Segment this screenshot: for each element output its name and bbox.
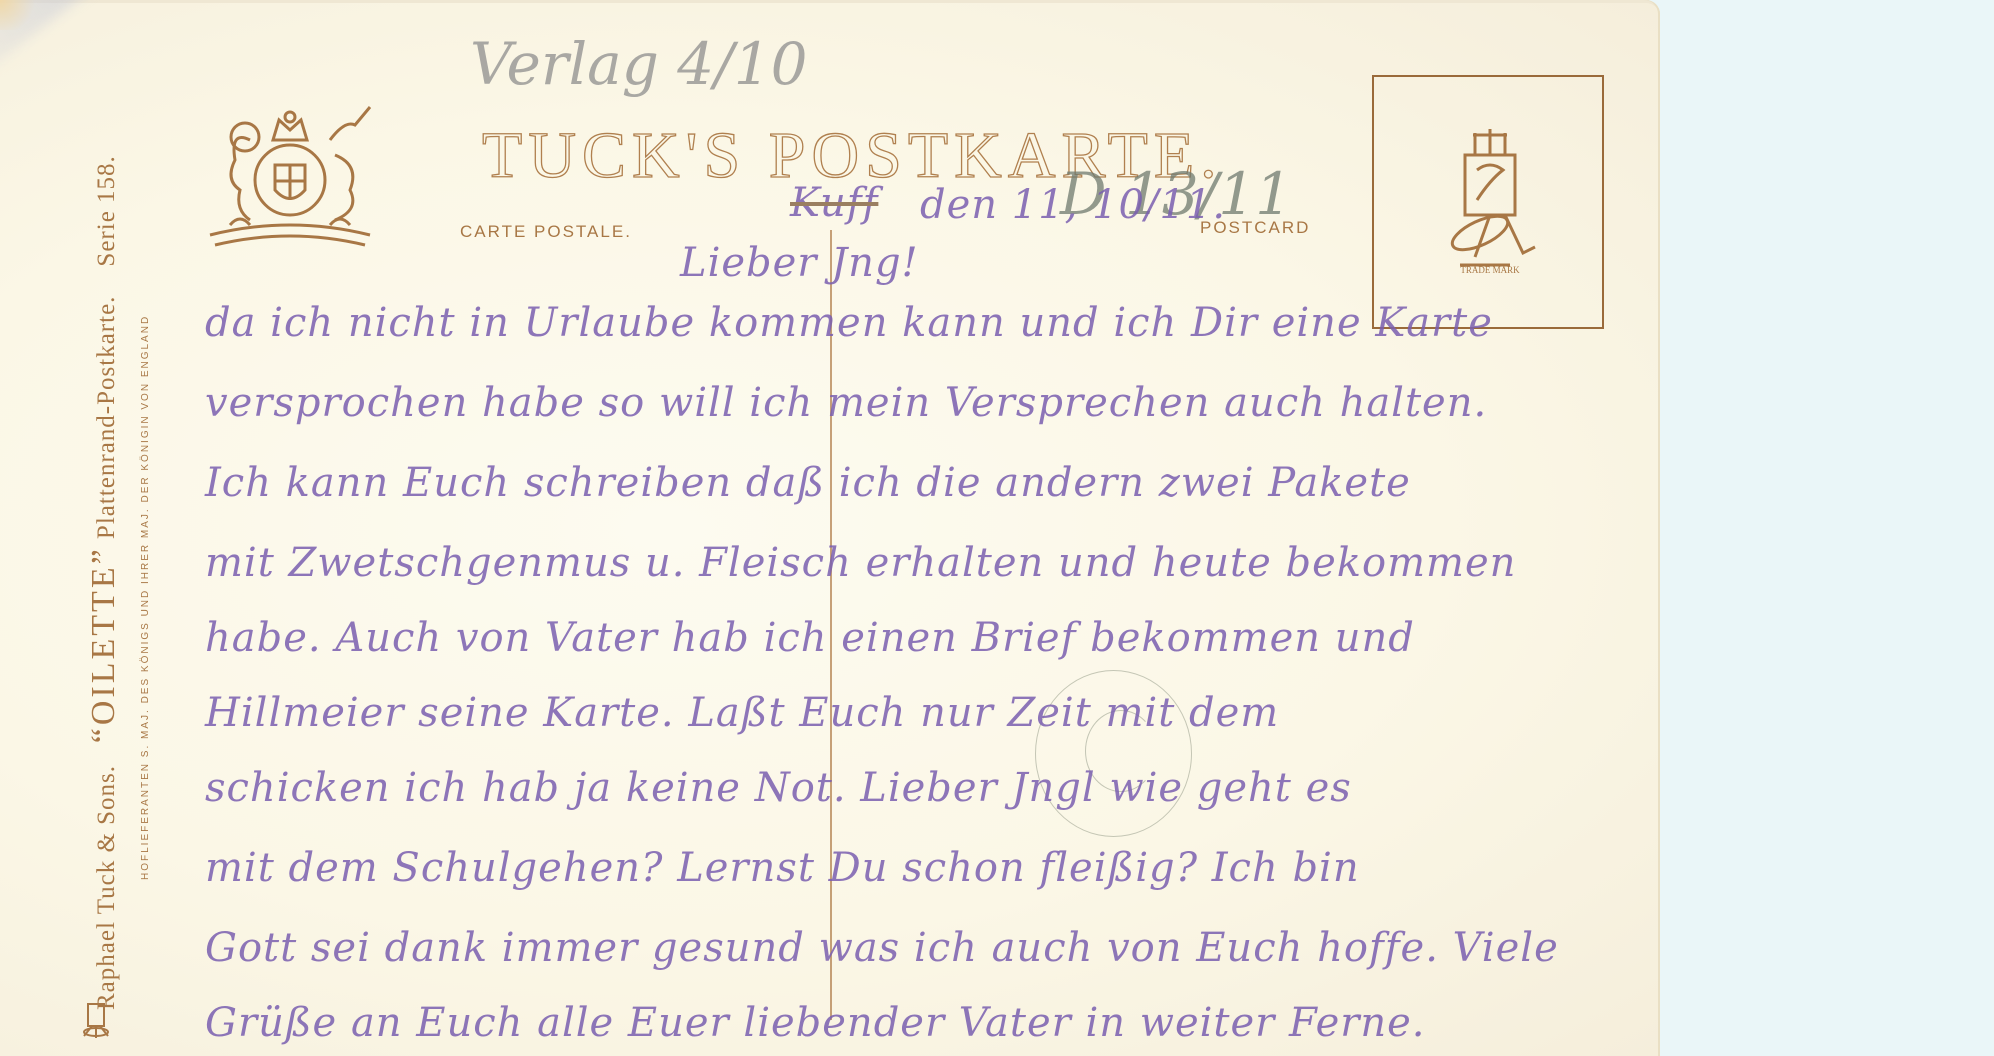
letter-line: mit Zwetschgenmus u. Fleisch erhalten un…: [205, 540, 1516, 586]
side-imprint: Raphael Tuck & Sons. “OILETTE” Plattenra…: [85, 155, 123, 1010]
letter-date: den 11, 10/11.: [920, 182, 1226, 228]
trade-mark-caption: TRADE MARK: [1460, 265, 1520, 275]
letter-line: Ich kann Euch schreiben daß ich die ande…: [205, 460, 1411, 506]
publisher-name: Raphael Tuck & Sons.: [93, 765, 120, 1010]
card-type: Plattenrand-Postkarte.: [93, 296, 120, 539]
royal-warrant-text: HOFLIEFERANTEN S. MAJ. DES KÖNIGS UND IH…: [140, 315, 151, 880]
royal-coat-of-arms-icon: [195, 95, 385, 255]
letter-line: versprochen habe so will ich mein Verspr…: [205, 380, 1487, 426]
letter-line: habe. Auch von Vater hab ich einen Brief…: [205, 615, 1415, 661]
struck-place-name: Kuff: [790, 180, 878, 226]
letter-salutation: Lieber Jng!: [680, 240, 919, 286]
carte-postale-label: CARTE POSTALE.: [460, 222, 632, 242]
letter-line: da ich nicht in Urlaube kommen kann und …: [205, 300, 1493, 346]
pencil-note-top: Verlag 4/10: [470, 30, 808, 98]
easel-palette-trademark-icon: TRADE MARK: [1435, 125, 1545, 275]
letter-line: mit dem Schulgehen? Lernst Du schon flei…: [205, 845, 1360, 891]
letter-line: Gott sei dank immer gesund was ich auch …: [205, 925, 1559, 971]
letter-line: Hillmeier seine Karte. Laßt Euch nur Zei…: [205, 690, 1279, 736]
oilette-brand: “OILETTE”: [85, 546, 122, 743]
series-number: Serie 158.: [93, 155, 120, 266]
letter-line: Grüße an Euch alle Euer liebender Vater …: [205, 1000, 1426, 1046]
corner-wear: [0, 0, 40, 30]
postcard-back: Raphael Tuck & Sons. “OILETTE” Plattenra…: [0, 0, 1660, 1056]
letter-line: schicken ich hab ja keine Not. Lieber Jn…: [205, 765, 1352, 811]
easel-trademark-small-icon: [80, 1000, 112, 1040]
